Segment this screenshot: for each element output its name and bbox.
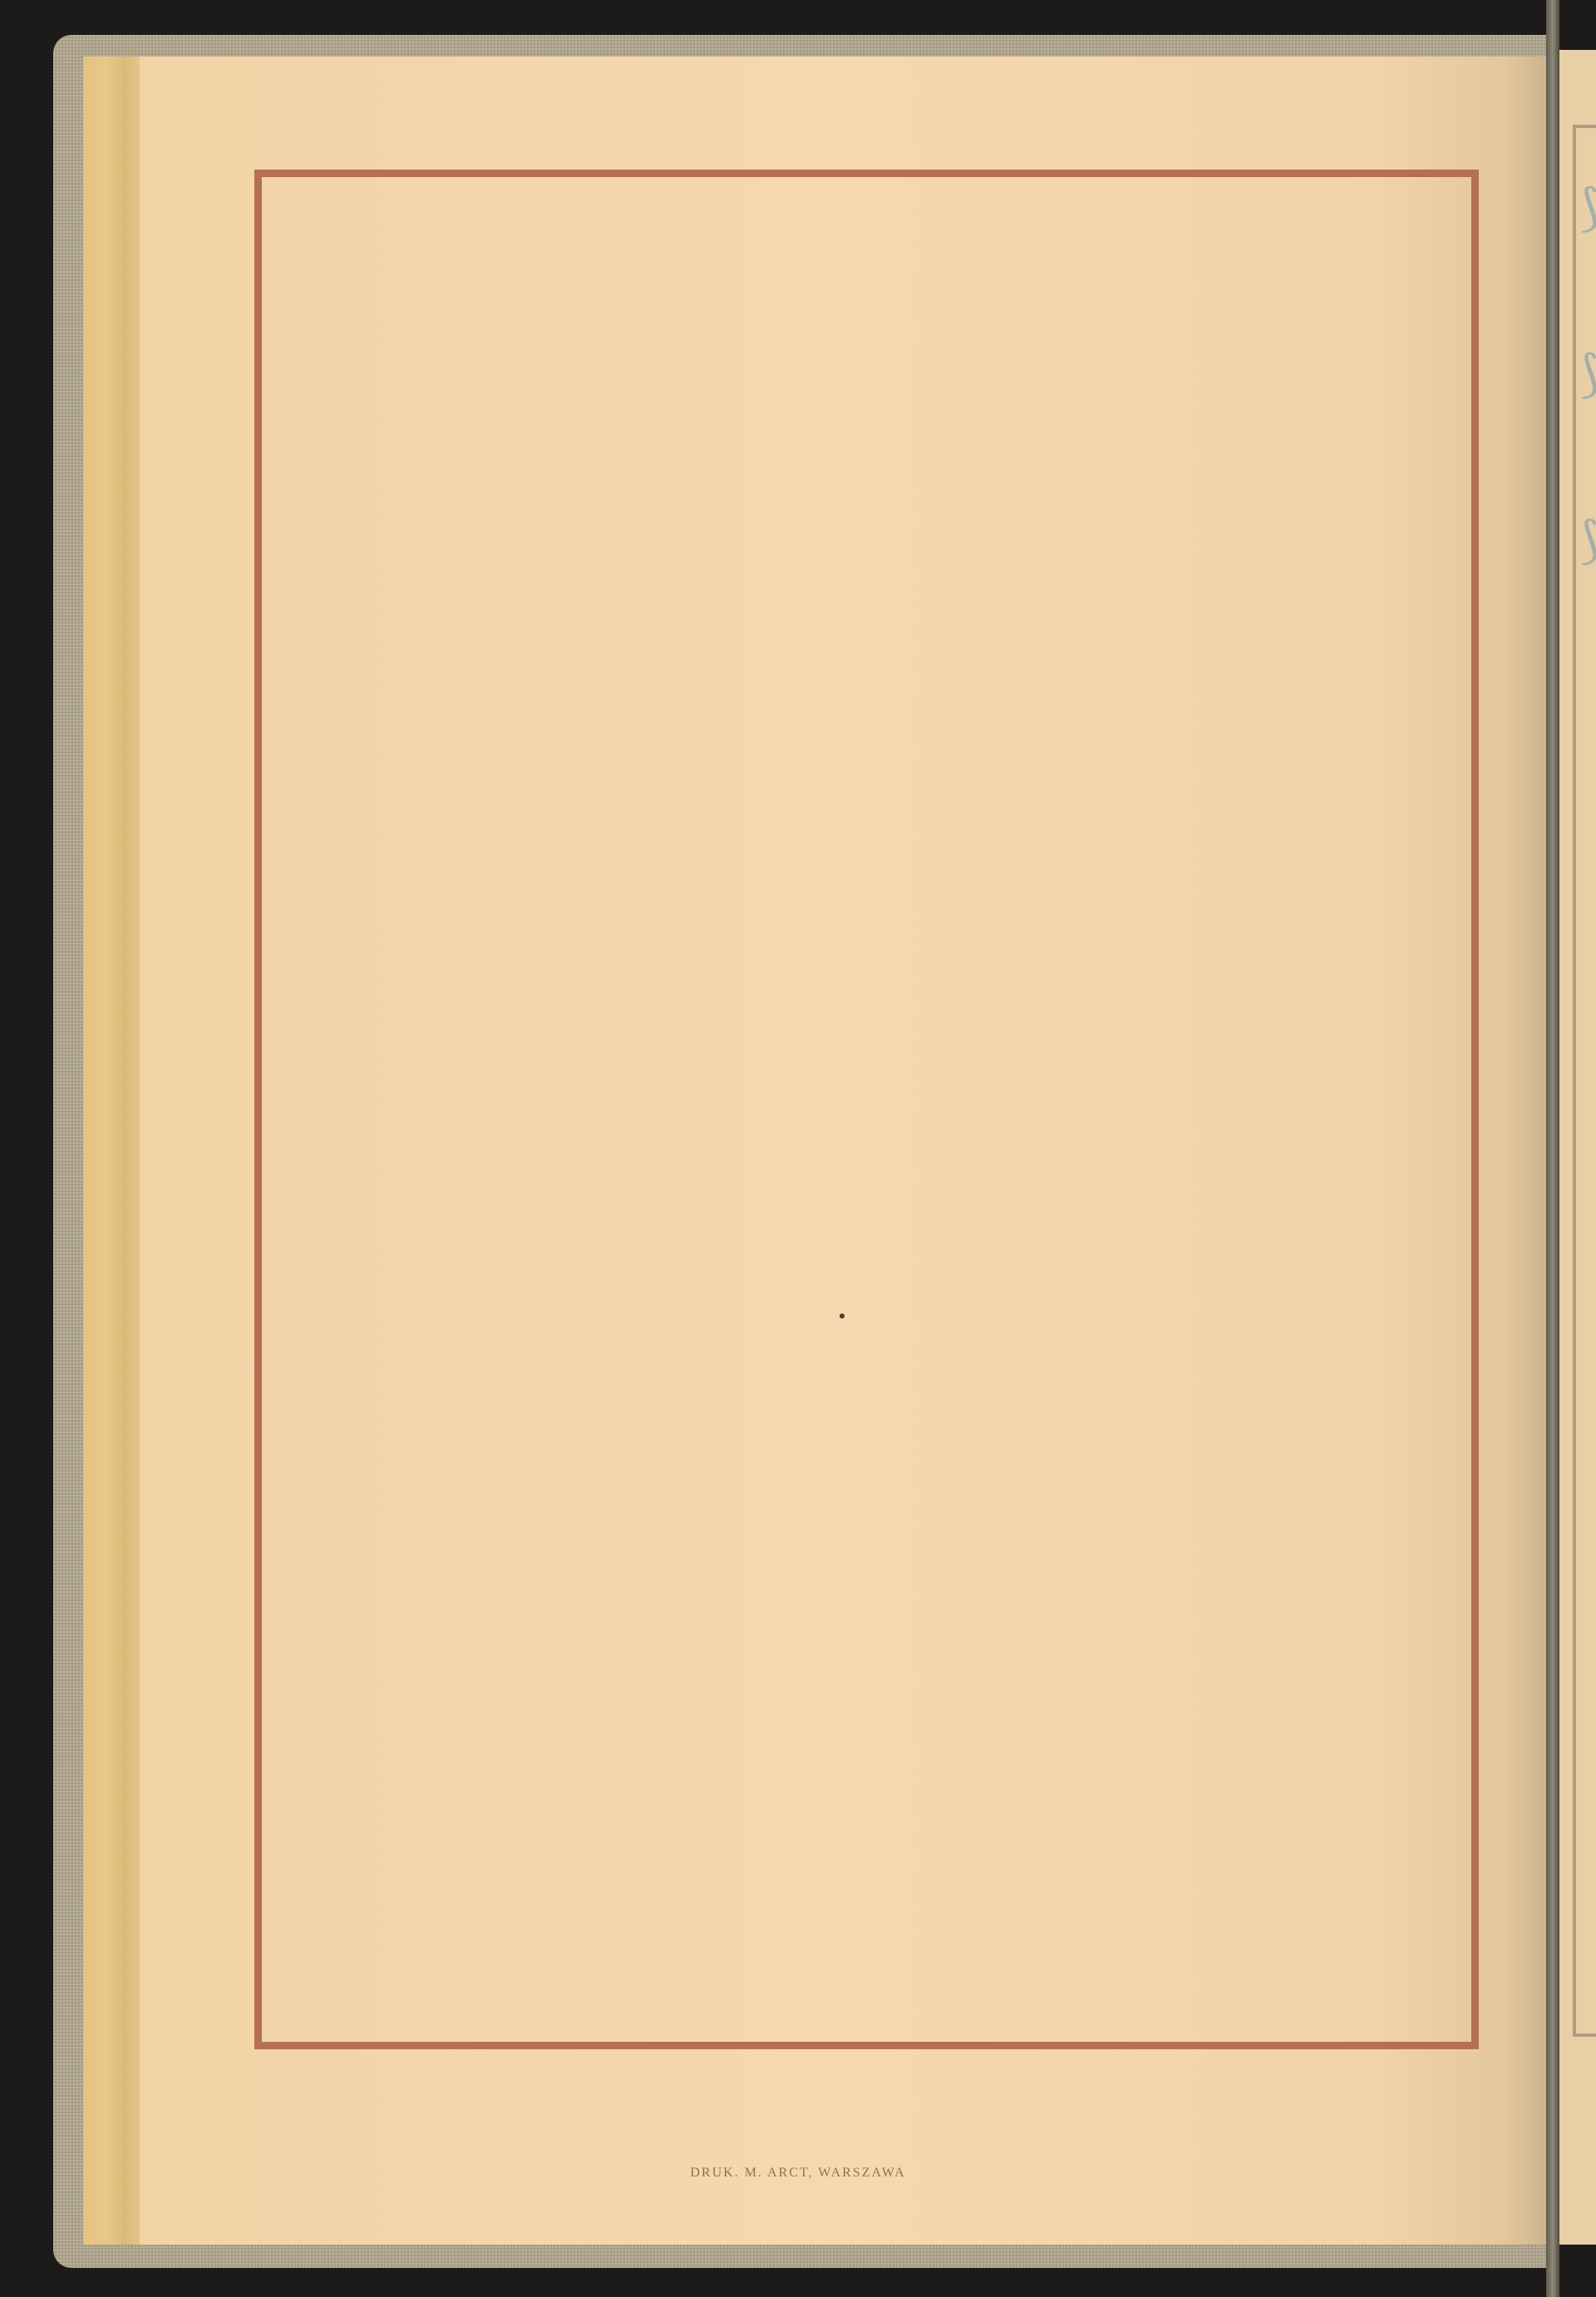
page-block-edges [83,57,143,2245]
page-border-frame [254,170,1479,2049]
printer-imprint: DRUK. M. ARCT, WARSZAWA [0,2166,1596,2181]
paper-speck [840,1314,845,1319]
adjacent-page-ornament-icon: ⟆ [1579,349,1596,399]
adjacent-page-ornament-icon: ⟆ [1579,183,1596,233]
adjacent-page-frame [1573,125,1596,2037]
gutter [1546,0,1559,2297]
adjacent-page-ornament-icon: ⟆ [1579,515,1596,565]
